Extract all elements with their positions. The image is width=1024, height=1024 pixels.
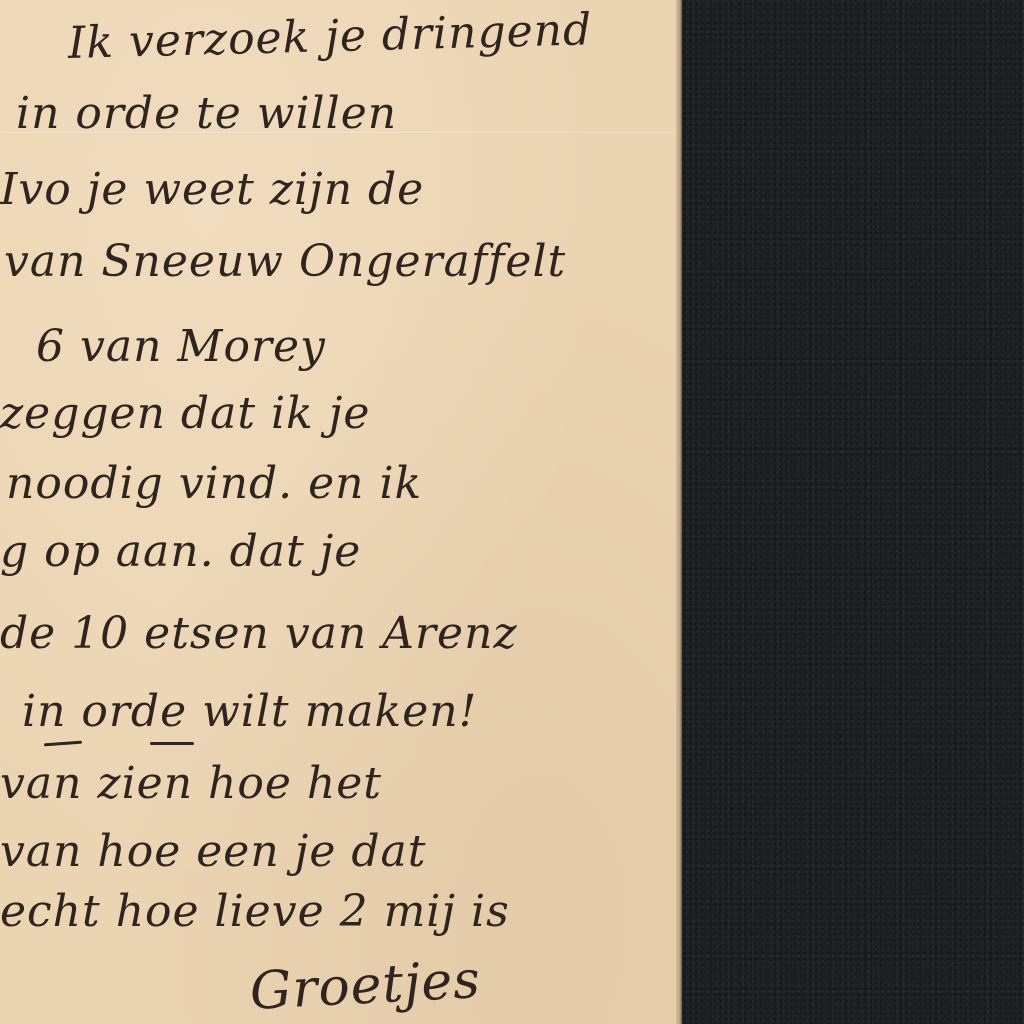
handwriting-line-7: noodig vind. en ik (6, 462, 422, 506)
letter-paper: Ik verzoek je dringend in orde te willen… (0, 0, 676, 1024)
handwriting-line-8: g op aan. dat je (0, 530, 361, 574)
paper-edge (676, 0, 682, 1024)
handwriting-line-6: zeggen dat ik je (0, 392, 370, 436)
handwriting-line-1: Ik verzoek je dringend (67, 8, 592, 66)
handwriting-line-9: de 10 etsen van Arenz (0, 612, 518, 656)
handwriting-line-12: van hoe een je dat (0, 830, 426, 874)
letter-photo: Ik verzoek je dringend in orde te willen… (0, 0, 1024, 1024)
handwriting-line-10: in orde wilt maken! (22, 690, 477, 734)
handwriting-line-2: in orde te willen (16, 92, 397, 136)
handwriting-line-5: 6 van Morey (36, 325, 326, 369)
dark-fabric-backdrop (682, 0, 1024, 1024)
handwriting-line-13: echt hoe lieve 2 mij is (0, 890, 510, 934)
underline-stroke (150, 742, 194, 745)
handwriting-line-4: van Sneeuw Ongeraffelt (4, 240, 566, 284)
signature-closing: Groetjes (249, 954, 482, 1018)
handwriting-line-11: van zien hoe het (0, 762, 382, 806)
handwriting-line-3: Ivo je weet zijn de (0, 168, 424, 212)
underline-stroke (44, 741, 82, 747)
